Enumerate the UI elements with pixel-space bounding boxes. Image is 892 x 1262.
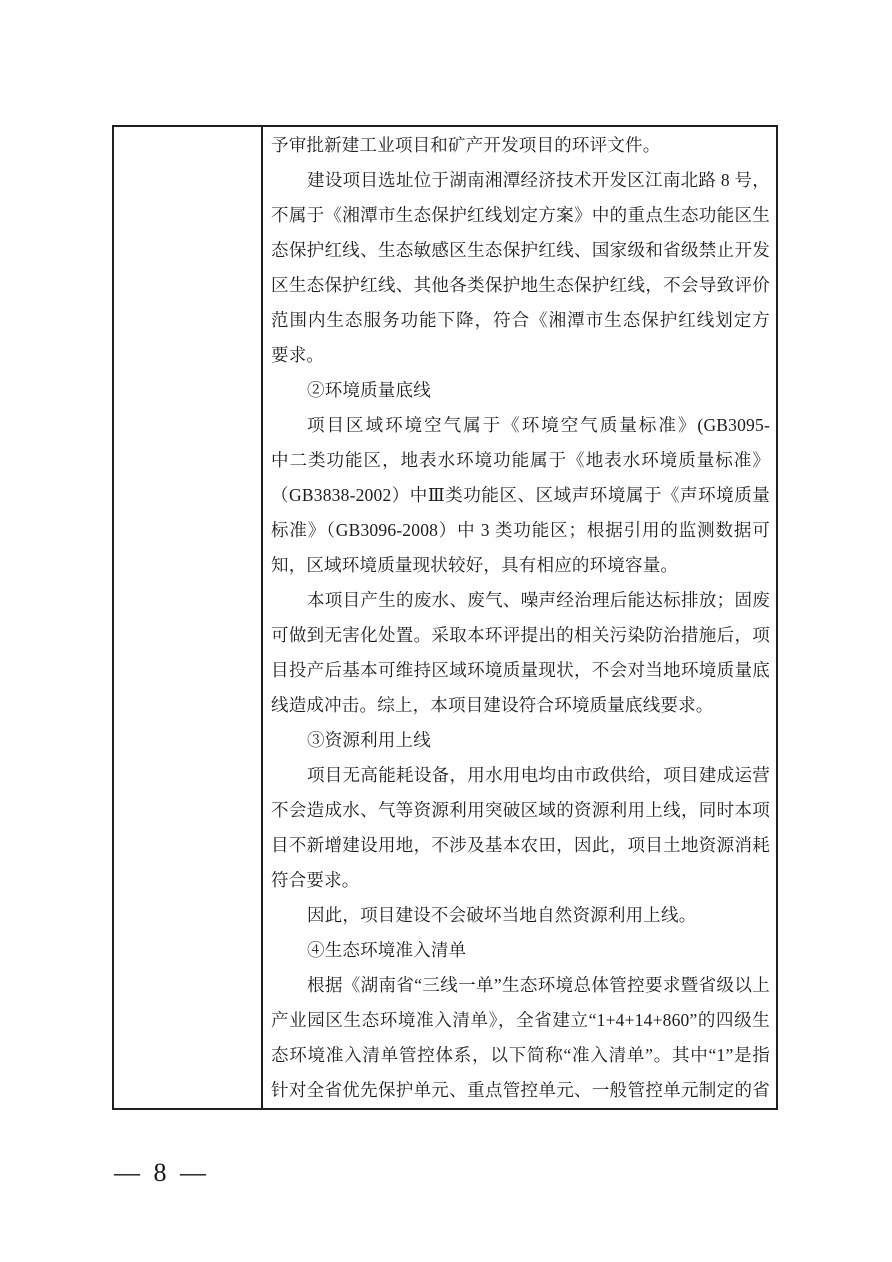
text-line: （GB3838-2002）中Ⅲ类功能区、区域声环境属于《声环境质量 <box>271 478 770 513</box>
text-line: 标准》（GB3096-2008）中 3 类功能区；根据引用的监测数据可 <box>271 513 770 548</box>
text-line: 态保护红线、生态敏感区生态保护红线、国家级和省级禁止开发 <box>271 233 770 268</box>
text-line: 目不新增建设用地，不涉及基本农田，因此，项目土地资源消耗 <box>271 828 770 863</box>
table-cell-text: 予审批新建工业项目和矿产开发项目的环评文件。建设项目选址位于湖南湘潭经济技术开发… <box>271 128 770 1108</box>
text-line: 中二类功能区，地表水环境功能属于《地表水环境质量标准》 <box>271 443 770 478</box>
text-line: 本项目产生的废水、废气、噪声经治理后能达标排放；固废 <box>271 583 770 618</box>
content-table: 予审批新建工业项目和矿产开发项目的环评文件。建设项目选址位于湖南湘潭经济技术开发… <box>112 125 778 1110</box>
text-line: 可做到无害化处置。采取本环评提出的相关污染防治措施后，项 <box>271 618 770 653</box>
text-line: 范围内生态服务功能下降，符合《湘潭市生态保护红线划定方案》 <box>271 303 770 338</box>
text-line: 根据《湖南省“三线一单”生态环境总体管控要求暨省级以上 <box>271 968 770 1003</box>
text-line: 项目区域环境空气属于《环境空气质量标准》(GB3095-2012) <box>271 408 770 443</box>
table-cell-right: 予审批新建工业项目和矿产开发项目的环评文件。建设项目选址位于湖南湘潭经济技术开发… <box>263 127 776 1108</box>
text-line: 针对全省优先保护单元、重点管控单元、一般管控单元制定的省 <box>271 1073 770 1108</box>
text-line: 线造成冲击。综上，本项目建设符合环境质量底线要求。 <box>271 688 770 723</box>
text-line: ③资源利用上线 <box>271 723 770 758</box>
text-line: 知，区域环境质量现状较好，具有相应的环境容量。 <box>271 548 770 583</box>
text-line: 不会造成水、气等资源利用突破区域的资源利用上线，同时本项 <box>271 793 770 828</box>
document-page: 予审批新建工业项目和矿产开发项目的环评文件。建设项目选址位于湖南湘潭经济技术开发… <box>0 0 892 1262</box>
text-line: 区生态保护红线、其他各类保护地生态保护红线，不会导致评价 <box>271 268 770 303</box>
text-line: 目投产后基本可维持区域环境质量现状，不会对当地环境质量底 <box>271 653 770 688</box>
text-line: 产业园区生态环境准入清单》，全省建立“1+4+14+860”的四级生 <box>271 1003 770 1038</box>
text-line: 建设项目选址位于湖南湘潭经济技术开发区江南北路 8 号， <box>271 163 770 198</box>
text-line: 不属于《湘潭市生态保护红线划定方案》中的重点生态功能区生 <box>271 198 770 233</box>
text-line: 项目无高能耗设备，用水用电均由市政供给，项目建成运营 <box>271 758 770 793</box>
text-line: ②环境质量底线 <box>271 373 770 408</box>
text-line: 因此，项目建设不会破坏当地自然资源利用上线。 <box>271 898 770 933</box>
text-line: 符合要求。 <box>271 863 770 898</box>
text-line: 态环境准入清单管控体系，以下简称“准入清单”。其中“1”是指 <box>271 1038 770 1073</box>
text-line: ④生态环境准入清单 <box>271 933 770 968</box>
table-cell-left <box>114 127 263 1108</box>
text-line: 予审批新建工业项目和矿产开发项目的环评文件。 <box>271 128 770 163</box>
page-number: — 8 — <box>114 1158 207 1188</box>
text-line: 要求。 <box>271 338 770 373</box>
